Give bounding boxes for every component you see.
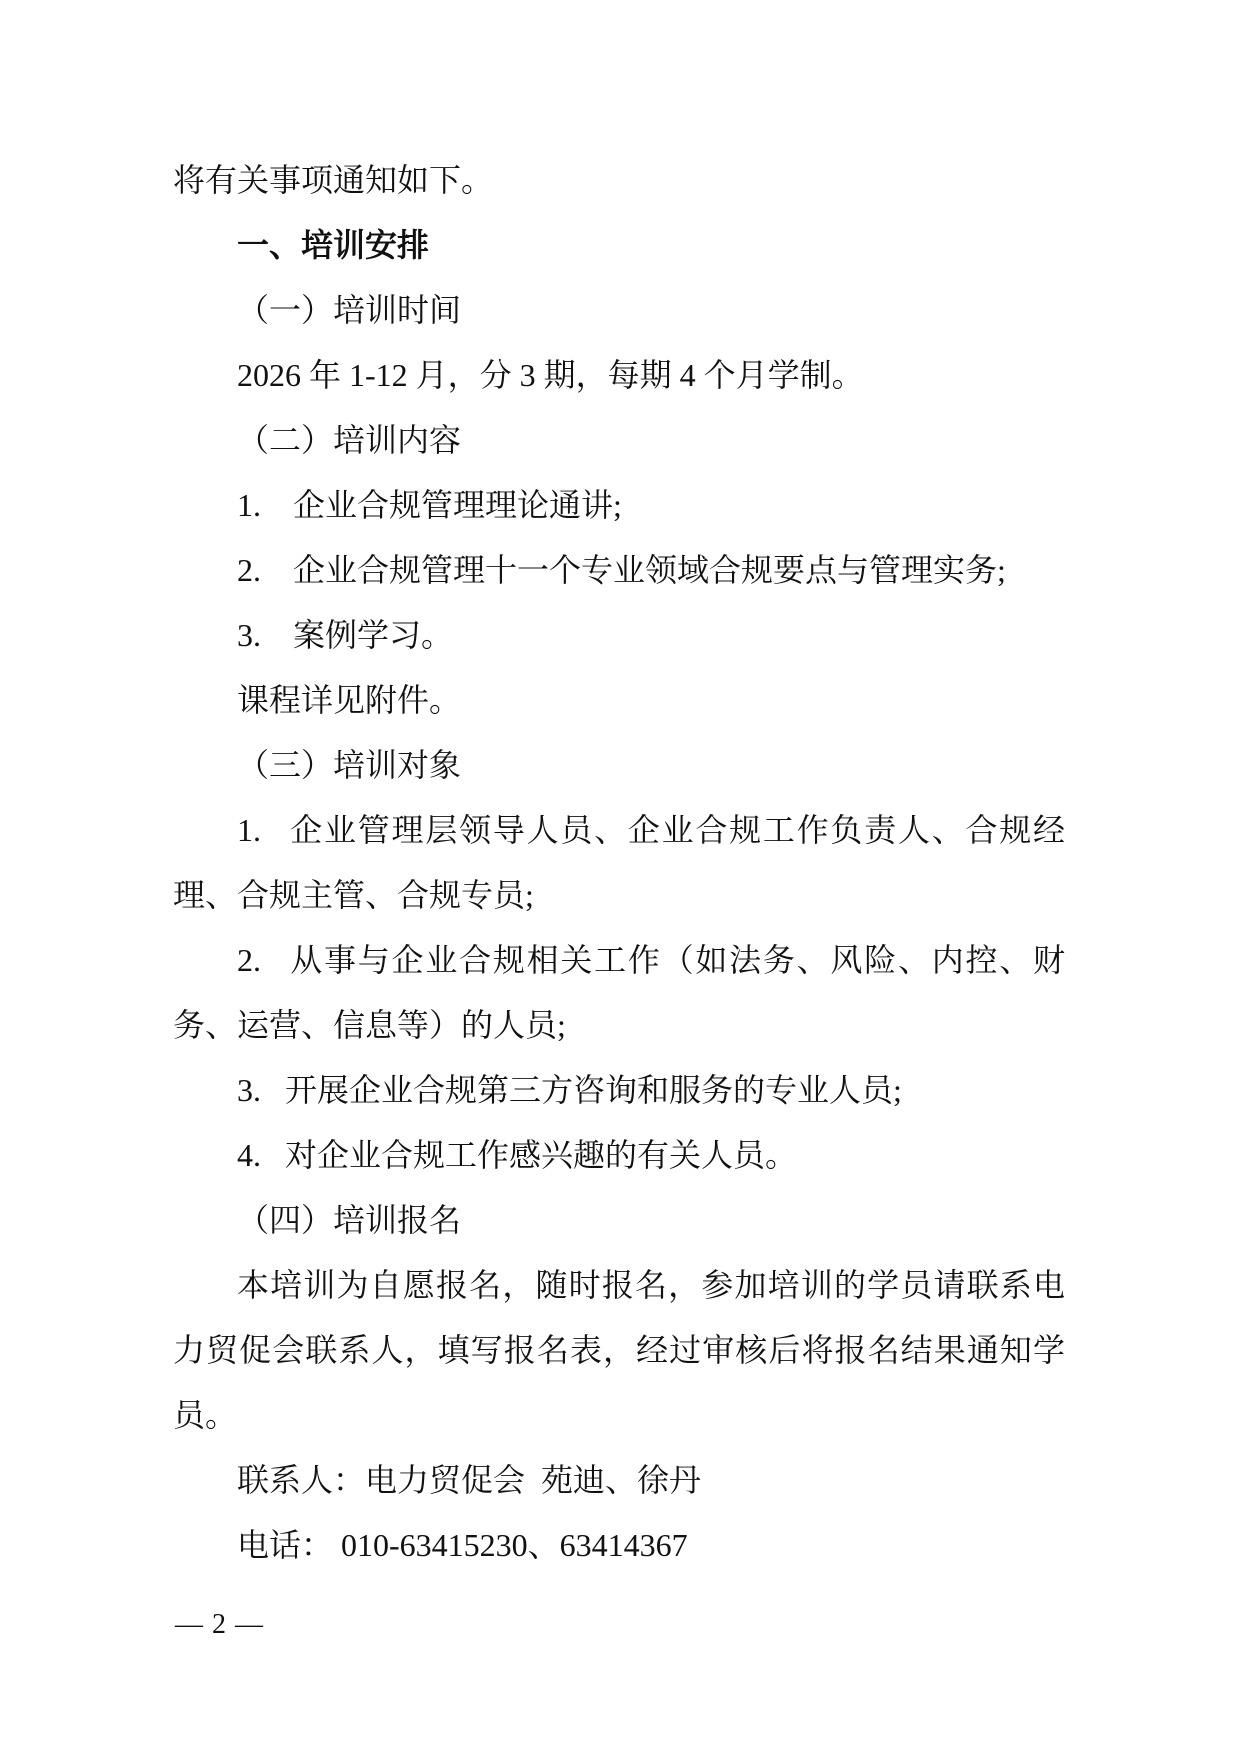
list-item-audience-1-line-2: 理、合规主管、合规专员; <box>173 863 1065 928</box>
paragraph-training-time: 2026 年 1-12 月，分 3 期，每期 4 个月学制。 <box>173 343 1065 408</box>
page-number: — 2 — <box>175 1608 264 1642</box>
contact-person-line: 联系人：电力贸促会 苑迪、徐丹 <box>173 1448 1065 1513</box>
paragraph-registration-line-3: 员。 <box>173 1383 1065 1448</box>
document-body: 将有关事项通知如下。 一、培训安排 （一）培训时间 2026 年 1-12 月，… <box>173 148 1065 1578</box>
paragraph-registration-line-1: 本培训为自愿报名，随时报名，参加培训的学员请联系电 <box>173 1253 1065 1318</box>
list-item-content-1: 1. 企业合规管理理论通讲; <box>173 473 1065 538</box>
subheading-training-time: （一）培训时间 <box>173 278 1065 343</box>
subheading-training-registration: （四）培训报名 <box>173 1188 1065 1253</box>
list-item-audience-2-line-1: 2. 从事与企业合规相关工作（如法务、风险、内控、财 <box>173 928 1065 993</box>
contact-phone-line: 电话： 010-63415230、63414367 <box>173 1513 1065 1578</box>
paragraph-closing-intro: 将有关事项通知如下。 <box>173 148 1065 213</box>
list-item-audience-3: 3. 开展企业合规第三方咨询和服务的专业人员; <box>173 1058 1065 1123</box>
document-page: 将有关事项通知如下。 一、培训安排 （一）培训时间 2026 年 1-12 月，… <box>0 0 1241 1754</box>
list-item-audience-1-line-1: 1. 企业管理层领导人员、企业合规工作负责人、合规经 <box>173 798 1065 863</box>
list-item-content-2: 2. 企业合规管理十一个专业领域合规要点与管理实务; <box>173 538 1065 603</box>
subheading-training-audience: （三）培训对象 <box>173 733 1065 798</box>
list-item-content-3: 3. 案例学习。 <box>173 603 1065 668</box>
section-heading-training-arrangement: 一、培训安排 <box>173 213 1065 278</box>
list-item-audience-4: 4. 对企业合规工作感兴趣的有关人员。 <box>173 1123 1065 1188</box>
paragraph-course-attachment: 课程详见附件。 <box>173 668 1065 733</box>
paragraph-registration-line-2: 力贸促会联系人，填写报名表，经过审核后将报名结果通知学 <box>173 1318 1065 1383</box>
subheading-training-content: （二）培训内容 <box>173 408 1065 473</box>
list-item-audience-2-line-2: 务、运营、信息等）的人员; <box>173 993 1065 1058</box>
